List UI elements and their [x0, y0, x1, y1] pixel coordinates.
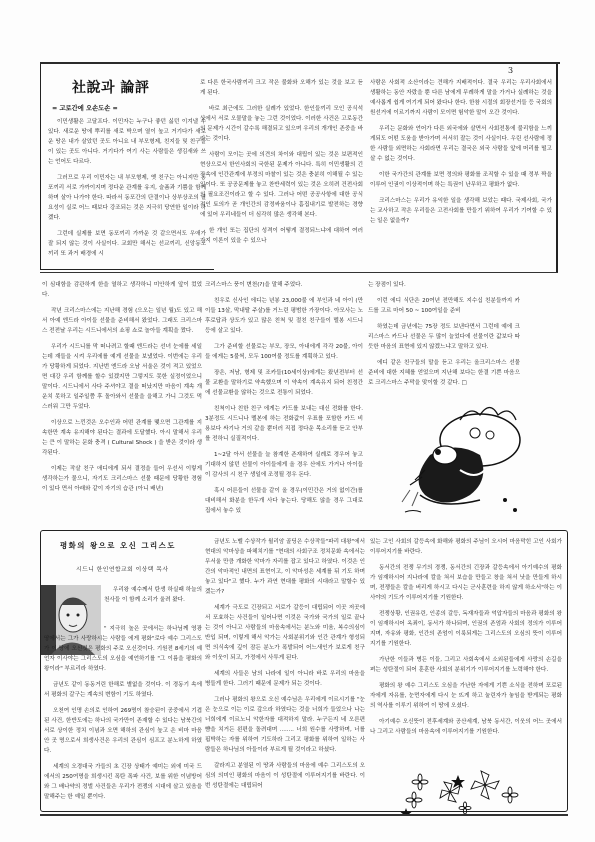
article-paragraph: 오천여 인명 손의로 인하여 269명이 참승된이 공중에서 기겹된 사건, 한…	[44, 706, 202, 756]
editorial-column-2: 로 다른 한국사람끼리 크고 작은 불화와 오해가 있는 것을 보고 듣게 된다…	[200, 78, 363, 252]
section-divider	[40, 272, 558, 273]
article-paragraph: 하였는데 금년에는 75장 정도 보낸다면서 그런데 예에 크리스마스 카드나 …	[368, 322, 520, 352]
article-paragraph: 작년 크리스마스에는 지난해 경험 (으오는 일년 월)도 있고 해서 아예 엔…	[42, 306, 202, 336]
bottom-article-author: 시드니 한인연합교회 이상택 목사	[76, 564, 168, 573]
page-number: 3	[508, 66, 513, 75]
article-paragraph: " 지극히 높은 곳에서는 하나님께 영광 땅에서는 그가 사랑하시는 사람들 …	[44, 624, 202, 674]
article-paragraph: 평화의 왕 예수 그리스도 오심을 가난한 자에게 기쁜 소식을 전하며 포로된…	[370, 681, 562, 711]
article-paragraph: 이상으로 느낀것은 오수인과 어떤 관계를 맺으면 그관계를 지속한만 계속 유…	[42, 418, 202, 458]
article-paragraph: 가난한 이들과 병든 이들, 그리고 사회속에서 소외된들에게 사랑의 손길을 …	[370, 655, 562, 675]
article-paragraph: 크리스마스 풍이 변천(?)을 말해 주었다.	[205, 280, 363, 290]
end-mark-icon: □	[462, 380, 467, 386]
article-paragraph: 에디 같은 친구들의 말을 듣고 우리는 올크리스마스 선물 준비에 대한 지혜…	[368, 358, 520, 388]
editorial-paragraph: 로 다른 한국사람끼리 크고 작은 불화와 오해가 있는 것을 보고 듣게 된다…	[200, 78, 363, 98]
article-paragraph: 친척이나 친한 친구 에게는 카드를 보내는 대신 전화를 한다. 3분정도 시…	[205, 404, 363, 444]
editorial-paragraph: 바로 최근에도 그러한 실례가 있었다. 한인들끼리 모인 공식석상에서 서로 …	[200, 104, 363, 144]
article-paragraph: 우리왕 예수께서 탄생 하실때 하늘의 천사들 이 함께 소리가 울려 왔다.	[104, 585, 202, 605]
article-paragraph: 갈라지고 분열된 이 땅과 사람들의 마음에 예수 그리스도의 오심의 의미인 …	[205, 761, 365, 791]
article-paragraph: 장은, 저남, 형제 및 조카들(10세이상)에게는 왔년전부터 선물 교환을 …	[205, 368, 363, 398]
article-paragraph: 우리가 시드니를 막 떠나려고 할때 엔드라는 선녀 눈에를 세일는데 재들을 …	[42, 342, 202, 412]
article-paragraph: 세계의 사들은 남의 나라에 일이 아니라 바로 우리의 마음을 병들게 한다.…	[205, 669, 365, 689]
editorial-column-1: 이민생활은 고달프다. 이민자는 누구나 좋던 싫던 이겨낼 수 있다. 새로운…	[48, 117, 206, 265]
editorial-subtitle: = 고로간에 오손도손 =	[52, 103, 118, 112]
editorial-paragraph: 이한 국가간의 관계를 보면 정의와 평화를 조직할 수 있을 때 정부 짝을 …	[370, 170, 552, 190]
newspaper-page: 3 社說과 論評 = 고로간에 오손도손 = 이민생활은 고달프다. 이민자는 …	[0, 0, 595, 842]
article-paragraph: 세계의 오경대국 가들의 초 긴장 상태가 예미는 외에 미국 드에서의 250…	[44, 762, 202, 802]
bottom-column-2: 금년도 노벨 수상작가 윌리암 골딩은 수상작들"파리 대왕"에서 현대의 악마…	[205, 537, 365, 797]
christmas-column-2: 크리스마스 풍이 변천(?)을 말해 주었다. 친우로 신사인 에디는 년봉 2…	[205, 280, 363, 522]
article-paragraph: 이런 에디 식단은 20여년 전만해도 지수십 친분들까지 카드를 고르 마어 …	[368, 296, 520, 316]
editorial-paragraph: 우리는 문화와 언어가 다른 외국에와 살면서 사회전통에 불리함을 느끼게되도…	[370, 124, 552, 164]
article-paragraph: 있는 고인 사회의 갈등속에 화해와 평화의 주님이 오시어 마음막힌 고인 사…	[370, 537, 562, 557]
editorial-column-3: 사람은 사회적 소산이라는 견해가 지배적이다. 결국 우리는 우리사회에서 생…	[370, 78, 552, 232]
editorial-paragraph: 한 개인 또는 집단의 성격이 어떻게 결정되느냐에 대하여 여러가지 이론이 …	[200, 226, 363, 246]
editorial-paragraph: 그런데 실제를 보면 동포끼리 가까운 것 같으면서도 우애가 잘 되지 않는 …	[48, 229, 206, 259]
article-paragraph: 금년도 같이 동동거린 한해로 별없을 것이다. 이 경동기 속에서 평화의 갈…	[44, 680, 202, 700]
article-paragraph: 동서간의 전쟁 무기의 경쟁, 동서간의 긴장과 갈등속에서 아기예수의 평화가…	[370, 563, 562, 603]
editorial-paragraph: 이민생활은 고달프다. 이민자는 누구나 좋던 싫던 이겨낼 수 있다. 새로운…	[48, 117, 206, 167]
article-paragraph: 혹시 어른들이 선물을 같이 올 경우(이민간은 거의 없이간)를 대비해서 화…	[205, 486, 363, 516]
article-paragraph: 1~2달 아서 선물을 늘 참계한 존재하여 실례로 경우어 놓고 기대하지 않…	[205, 450, 363, 480]
editorial-paragraph: 크리스마스는 우리가 유익한 일을 생각해 보았는 때다. 국제사회, 국가는 …	[370, 196, 552, 226]
article-paragraph: 이 심대함을 감관하게 한을 열하고 생각하니 미안하게 앞이 컸었다.	[42, 280, 202, 300]
editorial-title: 社說과 論評	[72, 77, 149, 97]
article-paragraph: 아기예수 오신뜻이 전후세계와 공산세계, 남북 동서간, 이웃의 어느 곳에서…	[370, 717, 562, 737]
article-paragraph: 세계가 극도로 긴장되고 서로가 갈등이 대립되어 이곳 저곳에서 포효하는 사…	[205, 603, 365, 663]
article-paragraph: 는 장점이 있다.	[368, 280, 520, 290]
article-paragraph: 이제는 작살 친구 애디에게 되서 결정을 들어 우선서 이렇게 생각하는가 물…	[42, 464, 202, 494]
article-paragraph: 전쟁상황, 인권유린, 인종의 갈등, 독재자들과 억압자들의 마음과 평화의 …	[370, 609, 562, 649]
article-paragraph: 금년도 노벨 수상작가 윌리암 골딩은 수상작들"파리 대왕"에서 현대의 악마…	[205, 537, 365, 597]
article-paragraph: 그러나 평화의 왕으로 오신 예수님은 우리에게 이르시기를 "눈은 눈으로 이…	[205, 695, 365, 755]
bottom-rule	[40, 814, 568, 816]
bottom-column-1: " 지극히 높은 곳에서는 하나님께 영광 땅에서는 그가 사랑하시는 사람들 …	[44, 624, 202, 808]
editorial-right-border	[556, 64, 558, 272]
editorial-paragraph: 그러므로 우리 이민자는 내 부모형제, 옛 친구는 아니지만 동포끼리 서로 …	[48, 173, 206, 223]
santa-cartoon-icon	[370, 400, 560, 520]
bottom-column-1-intro: 우리왕 예수께서 탄생 하실때 하늘의 천사들 이 함께 소리가 울려 왔다.	[104, 585, 202, 611]
article-paragraph: 친우로 신사인 에디는 년봉 23,000불 에 부인과 네 아이 (만이들 1…	[205, 296, 363, 336]
article-paragraph: 그가 준비할 선물로는 부모, 장모, 아내에게 각각 20불, 아이들 에게는…	[205, 342, 363, 362]
editorial-paragraph: 사람이 모이는 곳에 의견의 차이와 대립이 있는 것은 보편적인 현상으로서 …	[200, 150, 363, 220]
editorial-paragraph: 사람은 사회적 소산이라는 견해가 지배적이다. 결국 우리는 우리사회에서 생…	[370, 78, 552, 118]
bottom-column-3: 있는 고인 사회의 갈등속에 화해와 평화의 주님이 오시어 마음막힌 고인 사…	[370, 537, 562, 743]
christmas-column-1: 이 심대함을 감관하게 한을 열하고 생각하니 미안하게 앞이 컸었다. 작년 …	[42, 280, 202, 500]
christmas-column-3: 는 장점이 있다. 이런 에디 식단은 20여년 전만해도 지수십 친분들까지 …	[368, 280, 520, 394]
bottom-article-title: 평화의 왕으로 오신 그리스도	[60, 540, 176, 551]
flower-decoration-icon	[400, 770, 540, 815]
